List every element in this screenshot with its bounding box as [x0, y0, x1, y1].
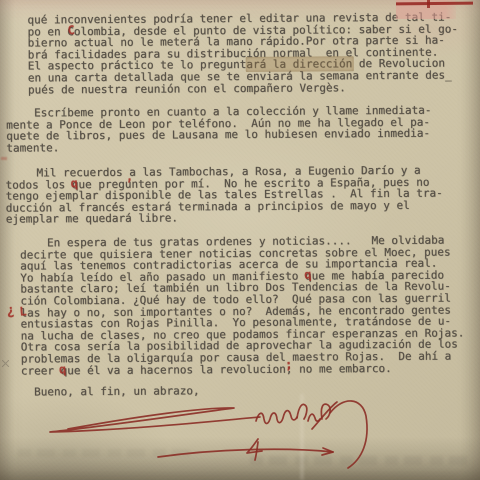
paragraph-1: qué inconvenientes podría tener el edita… — [27, 11, 458, 95]
red-annotation-que-2: q — [304, 268, 312, 281]
closing-line: Bueno, al fin, un abrazo, — [19, 385, 200, 398]
typed-line: creer que él va a hacernos la revolucion… — [21, 362, 465, 377]
typed-line: pués de nuestra reunión con el compañero… — [28, 81, 459, 96]
scanned-letter-page: qué inconvenientes podría tener el edita… — [0, 0, 480, 480]
pencil-x-mark — [2, 360, 9, 367]
bleed-through-smudge — [250, 456, 470, 465]
red-annotation-que-1: q — [70, 177, 78, 190]
red-annotation-colombia-c: C — [67, 24, 75, 37]
red-annotation-las-l: L — [19, 305, 27, 318]
typed-line: Bueno, al fin, un abrazo, — [19, 385, 200, 398]
red-annotation-comma: , — [125, 171, 134, 184]
paper-crease — [301, 394, 303, 480]
red-edge-smudge — [1, 157, 7, 160]
red-annotation-que-3: q — [58, 363, 66, 376]
typed-text-block: qué inconvenientes podría tener el edita… — [0, 0, 480, 480]
red-annotation-inverted-question: ¿ — [6, 304, 15, 317]
red-pencil-tick — [427, 0, 430, 8]
tape-patch-over-direccion — [246, 56, 354, 72]
typed-line: tamente. — [6, 139, 431, 154]
paragraph-2: Escríbeme pronto en cuanto a la colecció… — [6, 105, 432, 154]
red-annotation-semicolon: ; — [284, 359, 293, 372]
typed-line: ejemplar me quedará libre. — [6, 211, 443, 226]
bleed-through-smudge — [18, 449, 198, 457]
paragraph-4: En espera de tus gratas ordenes y notici… — [20, 234, 465, 376]
paragraph-3: Mil recuerdos a las Tambochas, a Rosa, a… — [5, 165, 442, 226]
